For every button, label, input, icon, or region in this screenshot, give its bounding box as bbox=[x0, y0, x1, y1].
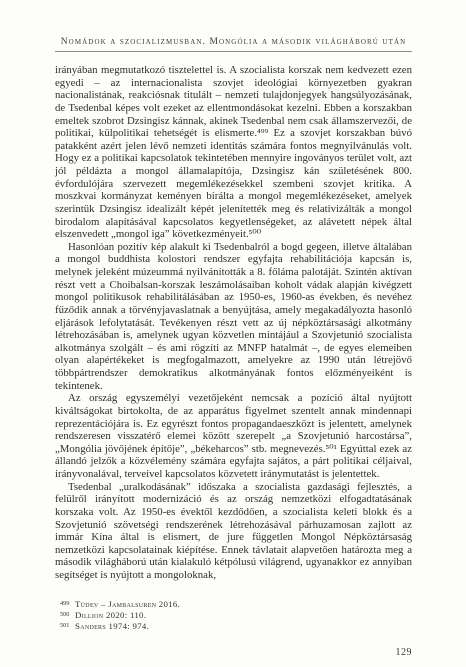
footnote-marker: 500 bbox=[60, 609, 71, 620]
footnote-text: Sanders 1974: 974. bbox=[75, 621, 149, 631]
body-text: irányában megmutatkozó tisztelettel is. … bbox=[55, 64, 412, 582]
paragraph-representation: Az ország egyszemélyi vezetőjeként nemcs… bbox=[55, 392, 412, 480]
footnote-501: 501Sanders 1974: 974. bbox=[55, 621, 412, 632]
header-rule bbox=[55, 51, 412, 52]
footnote-marker: 501 bbox=[60, 620, 71, 631]
paragraph-rehabilitation: Hasonlóan pozitív kép alakult ki Tsedenb… bbox=[55, 241, 412, 393]
footnote-499: 499Tüdev – Jambalsuren 2016. bbox=[55, 599, 412, 610]
page-number: 129 bbox=[55, 647, 412, 658]
footnote-text: Dillion 2020: 110. bbox=[75, 610, 146, 620]
book-page: Nomádok a szocializmusban. Mongólia a má… bbox=[0, 0, 466, 667]
paragraph-continuation: irányában megmutatkozó tisztelettel is. … bbox=[55, 64, 412, 241]
running-header-title: Nomádok a szocializmusban. Mongólia a má… bbox=[55, 37, 412, 47]
footnote-marker: 499 bbox=[60, 598, 71, 609]
footnote-text: Tüdev – Jambalsuren 2016. bbox=[75, 599, 180, 609]
paragraph-rule-era: Tsedenbal „uralkodásának” időszaka a szo… bbox=[55, 481, 412, 582]
footnote-500: 500Dillion 2020: 110. bbox=[55, 610, 412, 621]
page-header: Nomádok a szocializmusban. Mongólia a má… bbox=[55, 37, 412, 52]
footnotes-section: 499Tüdev – Jambalsuren 2016. 500Dillion … bbox=[55, 599, 412, 632]
